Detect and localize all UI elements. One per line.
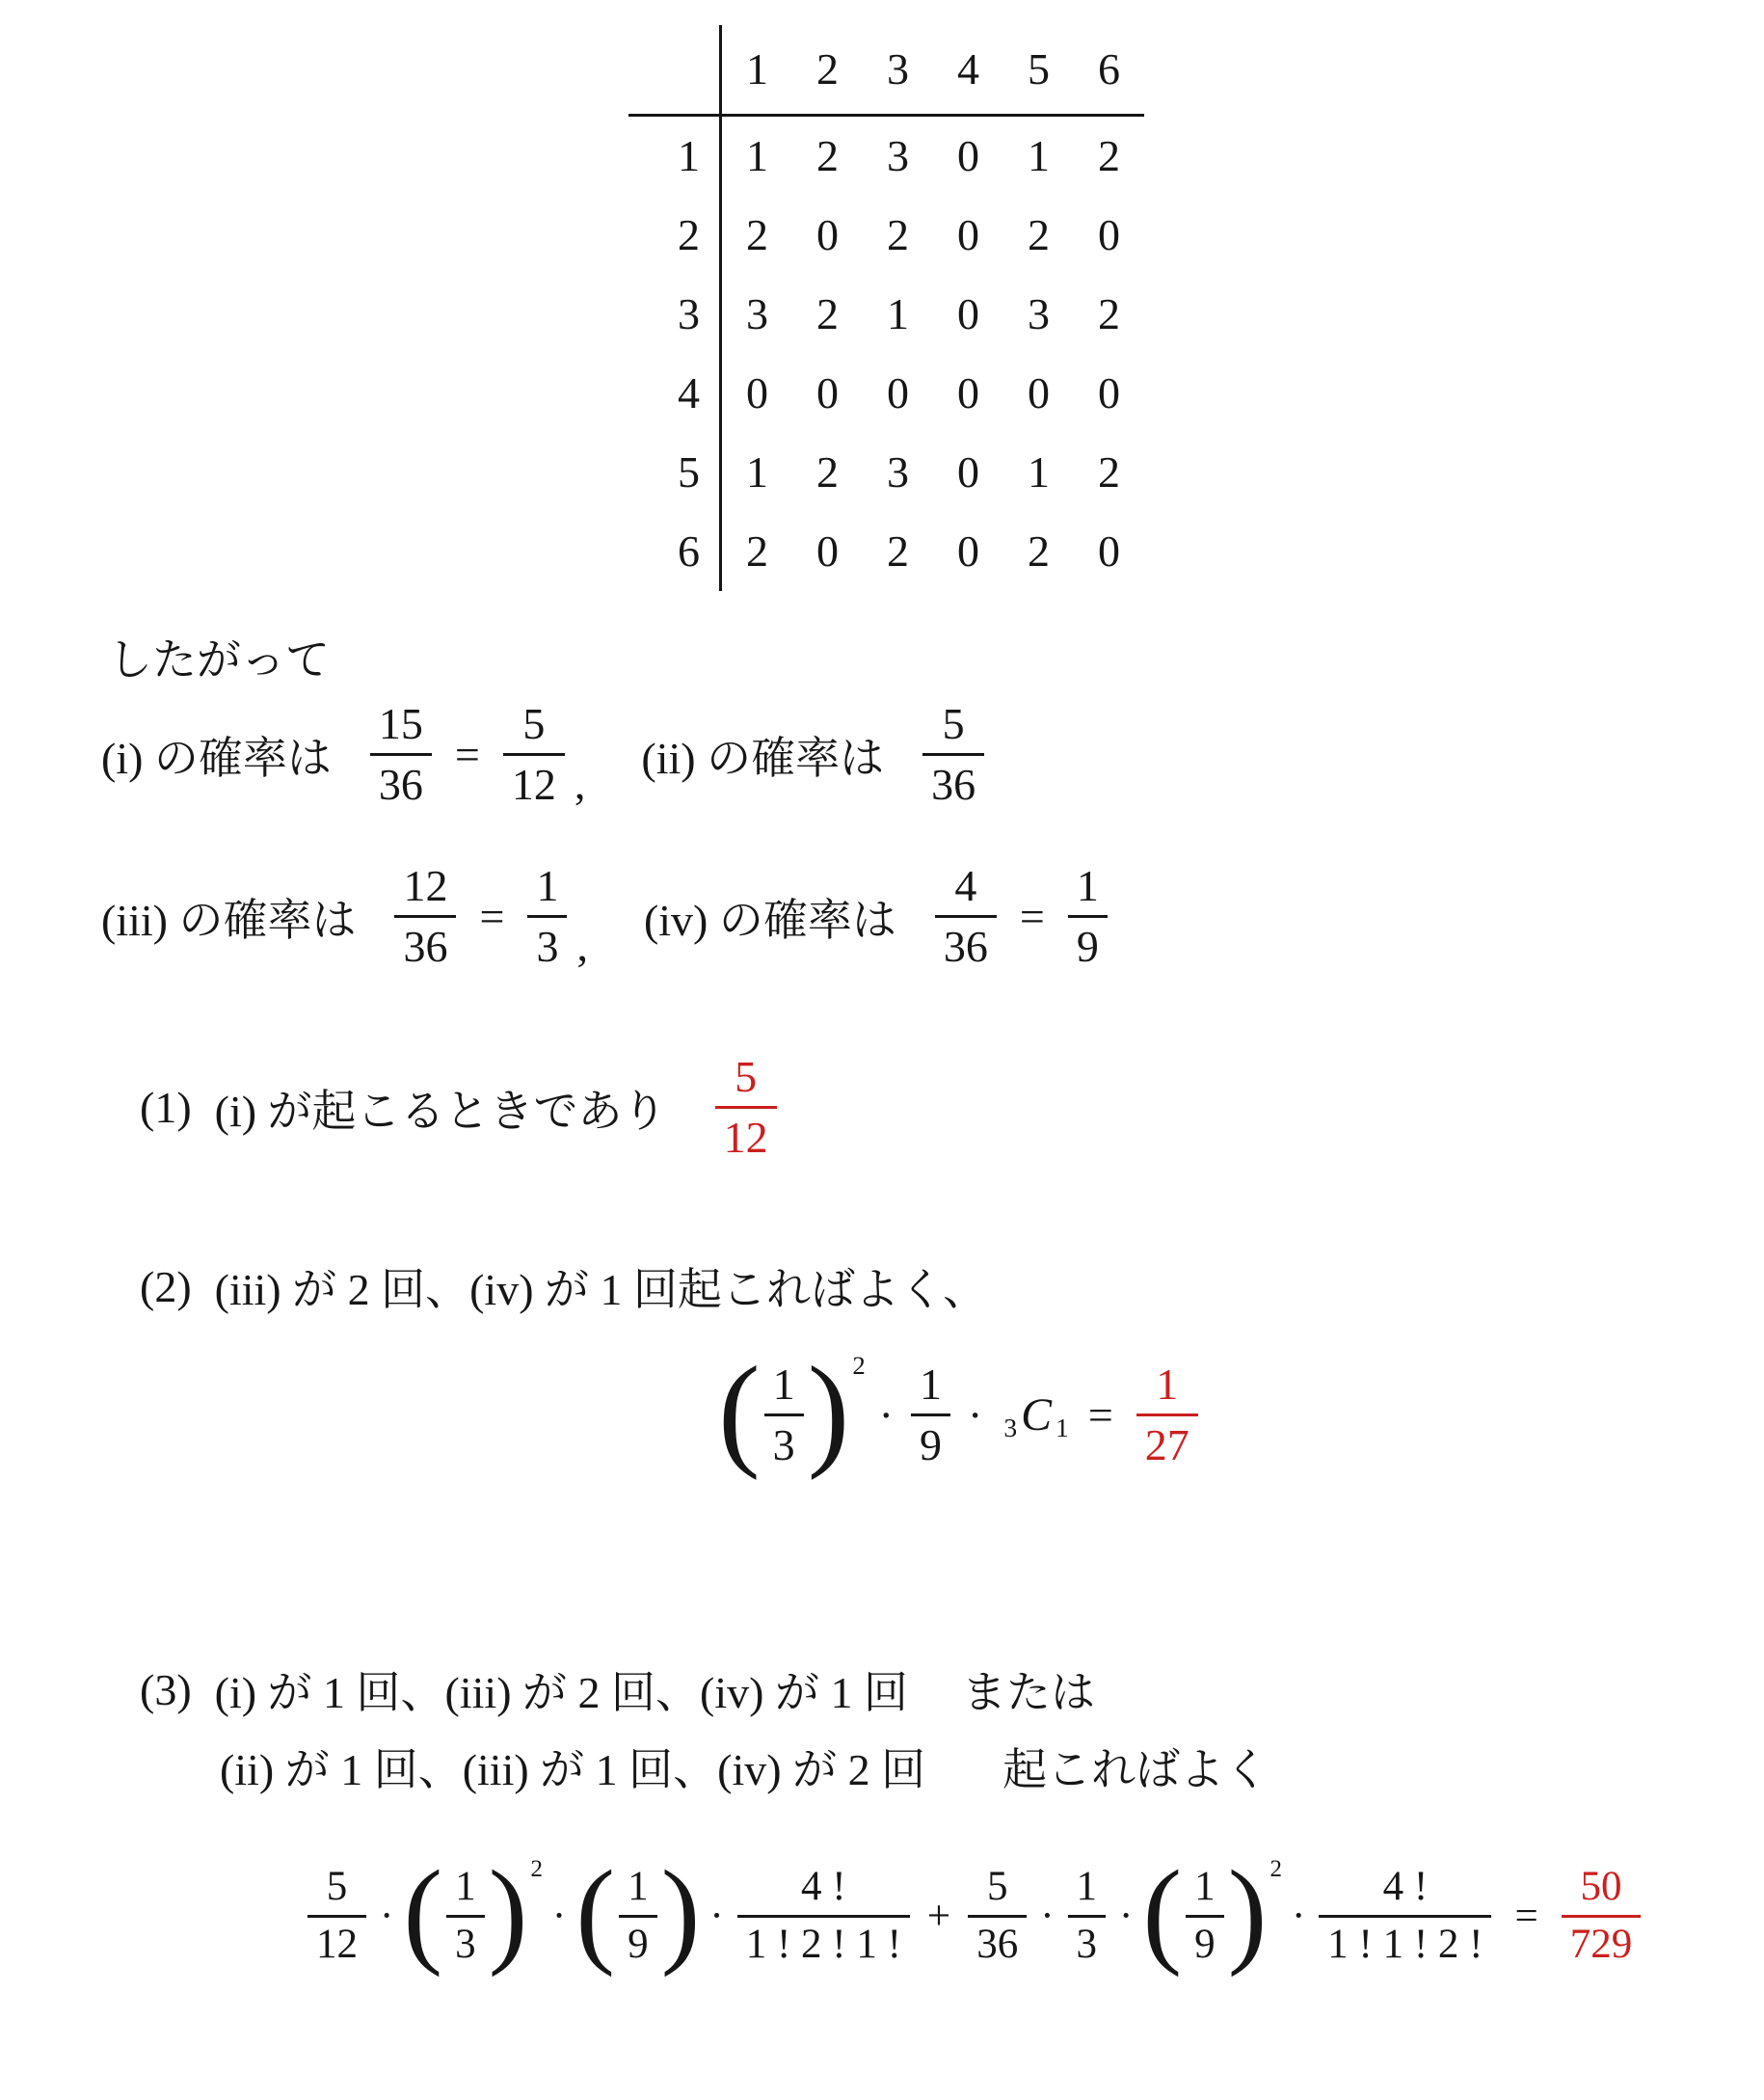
multinomial-fraction-1: 4 ! 1 ! 2 ! 1 ! — [734, 1864, 914, 1967]
plus-sign: + — [927, 1893, 950, 1940]
paren-power-group: ( 1 3 ) 2 — [403, 1864, 543, 1967]
prob-ii-fraction: 5 36 — [919, 699, 988, 809]
fraction-bar — [619, 1915, 657, 1918]
table-cell: 2 — [721, 512, 793, 591]
prob-iii-label: (iii) の確率は — [101, 885, 356, 949]
table-cell: 2 — [792, 433, 863, 512]
five-twelfths-fraction: 5 12 — [304, 1864, 370, 1967]
table-cell: 0 — [792, 196, 863, 275]
one-ninth-fraction: 1 9 — [1182, 1864, 1228, 1967]
multiply-dot: · — [380, 1893, 393, 1940]
prob-i-fraction-reduced: 5 12 — [499, 699, 569, 809]
fraction-bar — [503, 753, 565, 756]
part3-line1: (3) (i) が 1 回、(iii) が 2 回、(iv) が 1 回 または — [140, 1655, 1095, 1724]
multiply-dot: · — [968, 1389, 982, 1440]
table-cell: 0 — [933, 116, 1003, 197]
table-row-header: 5 — [628, 433, 721, 512]
table-corner — [628, 25, 721, 116]
table-cell: 1 — [1003, 116, 1074, 197]
table-col-header: 1 — [721, 25, 793, 116]
table-col-header: 3 — [863, 25, 933, 116]
fraction-bar — [394, 915, 456, 918]
table-cell: 0 — [1074, 196, 1144, 275]
multiply-dot: · — [1119, 1893, 1133, 1940]
part3-text2b: 起こればよく — [1002, 1735, 1269, 1798]
prob-iii-iv-line: (iii) の確率は 12 36 = 1 3 , (iv) の確率は 4 36 … — [101, 837, 1111, 996]
one-ninth-fraction: 1 9 — [907, 1360, 954, 1469]
prob-ii-label: (ii) の確率は — [641, 723, 884, 787]
part3-number: (3) — [140, 1664, 192, 1715]
comma: , — [575, 758, 586, 809]
table-cell: 2 — [1003, 196, 1074, 275]
table-cell: 3 — [1003, 275, 1074, 354]
table-cell: 0 — [933, 512, 1003, 591]
one-third-fraction: 1 3 — [1064, 1864, 1110, 1967]
table-cell: 0 — [1003, 354, 1074, 433]
table-cell: 2 — [1074, 116, 1144, 197]
table-cell: 2 — [863, 196, 933, 275]
part1-line: (1) (i) が起こるときであり 5 12 — [140, 1028, 781, 1187]
table-cell: 0 — [933, 433, 1003, 512]
part3-text1: (i) が 1 回、(iii) が 2 回、(iv) が 1 回 — [215, 1657, 908, 1721]
equals-sign: = — [455, 729, 480, 780]
equals-sign: = — [1088, 1389, 1113, 1440]
table-cell: 1 — [721, 116, 793, 197]
combination-3C1: 3 C 1 — [1003, 1388, 1069, 1441]
fraction-bar — [922, 753, 984, 756]
fraction-bar — [446, 1915, 485, 1918]
table-row-header: 1 — [628, 116, 721, 197]
table-row: 3321032 — [628, 275, 1144, 354]
fraction-bar — [968, 1915, 1027, 1918]
prob-i-label: (i) の確率は — [101, 723, 332, 787]
table-row: 6202020 — [628, 512, 1144, 591]
prob-iv-label: (iv) の確率は — [644, 885, 896, 949]
fraction-bar — [737, 1915, 910, 1918]
table-row: 1123012 — [628, 116, 1144, 197]
table-row-header: 2 — [628, 196, 721, 275]
part2-number: (2) — [140, 1261, 192, 1312]
paren-power-group: ( 1 3 ) 2 — [718, 1360, 866, 1469]
fraction-bar — [1068, 1915, 1107, 1918]
fraction-bar — [1562, 1915, 1642, 1918]
multiply-dot: · — [1292, 1893, 1305, 1940]
prob-iv-fraction-raw: 4 36 — [931, 861, 1001, 971]
table-cell: 0 — [933, 354, 1003, 433]
table-col-header: 5 — [1003, 25, 1074, 116]
fraction-bar — [527, 915, 567, 918]
table-row-header: 6 — [628, 512, 721, 591]
table-cell: 3 — [863, 116, 933, 197]
one-third-fraction: 1 3 — [442, 1864, 489, 1967]
table-cell: 0 — [1074, 354, 1144, 433]
table-row: 4000000 — [628, 354, 1144, 433]
prob-iv-fraction-reduced: 1 9 — [1064, 861, 1111, 971]
fraction-bar — [307, 1915, 366, 1918]
part1-text: (i) が起こるときであり — [215, 1076, 667, 1140]
equals-sign: = — [479, 891, 504, 942]
part3-text1b: または — [962, 1657, 1095, 1721]
table-cell: 2 — [863, 512, 933, 591]
table-cell: 2 — [1074, 433, 1144, 512]
table-cell: 1 — [721, 433, 793, 512]
multiply-dot: · — [879, 1389, 894, 1440]
fraction-bar — [764, 1413, 804, 1416]
table-cell: 1 — [863, 275, 933, 354]
fraction-bar — [1319, 1915, 1491, 1918]
fraction-bar — [1068, 915, 1108, 918]
table-cell: 2 — [1003, 512, 1074, 591]
prob-iii-fraction-raw: 12 36 — [390, 861, 460, 971]
table-col-header: 2 — [792, 25, 863, 116]
part3-text2: (ii) が 1 回、(iii) が 1 回、(iv) が 2 回 — [220, 1735, 925, 1798]
table-cell: 0 — [792, 512, 863, 591]
prob-i-fraction-raw: 15 36 — [366, 699, 436, 809]
exponent: 2 — [1270, 1856, 1281, 1883]
table-cell: 3 — [863, 433, 933, 512]
exponent: 2 — [530, 1856, 542, 1883]
table-cell: 1 — [1003, 433, 1074, 512]
table-col-header: 4 — [933, 25, 1003, 116]
exponent: 2 — [852, 1351, 865, 1381]
table-cell: 2 — [1074, 275, 1144, 354]
equals-sign: = — [1514, 1893, 1537, 1940]
part2-text: (iii) が 2 回、(iv) が 1 回起こればよく、 — [215, 1254, 987, 1318]
table-cell: 0 — [933, 196, 1003, 275]
comma: , — [576, 920, 588, 971]
part1-number: (1) — [140, 1082, 192, 1133]
equals-sign: = — [1020, 891, 1045, 942]
part2-answer-fraction: 1 27 — [1133, 1360, 1202, 1469]
part2-formula: ( 1 3 ) 2 · 1 9 · 3 C 1 = 1 27 — [718, 1335, 1202, 1494]
multiply-dot: · — [709, 1893, 723, 1940]
table-row: 2202020 — [628, 196, 1144, 275]
page: { "colors": { "accent_red": "#cc1f1f" },… — [0, 0, 1764, 2100]
table-cell: 0 — [792, 354, 863, 433]
table-cell: 0 — [1074, 512, 1144, 591]
one-third-fraction: 1 3 — [761, 1360, 808, 1469]
five-thirtysixths-fraction: 5 36 — [964, 1864, 1030, 1967]
fraction-bar — [935, 915, 997, 918]
fraction-bar — [911, 1413, 950, 1416]
multiply-dot: · — [1040, 1893, 1054, 1940]
prob-iii-fraction-reduced: 1 3 — [523, 861, 571, 971]
fraction-bar — [1186, 1915, 1224, 1918]
table-row-header: 4 — [628, 354, 721, 433]
part1-answer-fraction: 5 12 — [711, 1052, 781, 1162]
table-cell: 2 — [792, 275, 863, 354]
table-cell: 2 — [721, 196, 793, 275]
table-cell: 0 — [863, 354, 933, 433]
fraction-bar — [715, 1106, 777, 1109]
paren-power-group: ( 1 9 ) 2 — [1142, 1864, 1282, 1967]
fraction-bar — [1136, 1413, 1198, 1416]
part3-line2: (ii) が 1 回、(iii) が 1 回、(iv) が 2 回 起こればよく — [220, 1732, 1269, 1801]
table-cell: 0 — [721, 354, 793, 433]
part3-formula: 5 12 · ( 1 3 ) 2 · ( 1 9 ) · 4 ! 1 ! 2 !… — [304, 1824, 1644, 2007]
prob-i-ii-line: (i) の確率は 15 36 = 5 12 , (ii) の確率は 5 36 — [101, 675, 988, 834]
multinomial-fraction-2: 4 ! 1 ! 1 ! 2 ! — [1315, 1864, 1495, 1967]
table-row: 5123012 — [628, 433, 1144, 512]
table-row-header: 3 — [628, 275, 721, 354]
fraction-bar — [370, 753, 432, 756]
table-cell: 3 — [721, 275, 793, 354]
part2-line: (2) (iii) が 2 回、(iv) が 1 回起こればよく、 — [140, 1252, 987, 1321]
multiply-dot: · — [552, 1893, 566, 1940]
one-ninth-fraction: 1 9 — [615, 1864, 661, 1967]
dice-table: 1234561123012220202033210324000000512301… — [628, 25, 1144, 591]
table-cell: 2 — [792, 116, 863, 197]
paren-group: ( 1 9 ) — [575, 1864, 700, 1967]
part3-answer-fraction: 50 729 — [1558, 1864, 1645, 1967]
table-cell: 0 — [933, 275, 1003, 354]
table-col-header: 6 — [1074, 25, 1144, 116]
